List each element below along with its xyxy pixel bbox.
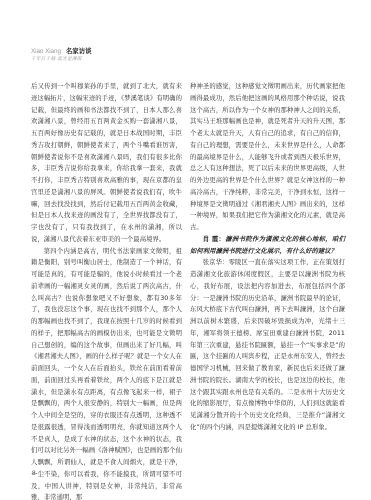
running-header: Xiao Xiang 名家访谈 千年灯千载 流光是薄雨 (31, 46, 231, 62)
section-title: 名家访谈 (66, 46, 92, 55)
header-latin-title: Xiao Xiang (31, 48, 61, 55)
body-paragraph: 第四个内涵是高古，明代书法家画家文徵明，祖籍是衡阳，别号叫衡山居士，他制造了一个… (31, 246, 182, 500)
left-column: 后又传到一个叫穆莱孙的手里，就到了北大，就有来迹这幅拓片，这幅宋迹的手迹，《梦溪… (31, 81, 182, 500)
question-speaker: 肖 霞： (203, 236, 226, 243)
header-title-row: Xiao Xiang 名家访谈 (31, 46, 231, 56)
page-number: 8 (32, 470, 36, 477)
body-paragraph: 种神圣的感觉，这种感觉文徵明画出来，历代画家把他画得最成功，然后他把这画的风格用… (190, 81, 345, 234)
interview-answer: 张京华：零陵区一直在落实这项工作，正在策划打造潇湘文化旅游休闲度假区，主要是以濂… (190, 257, 345, 433)
right-column: 种神圣的感觉，这种感觉文徵明画出来，历代画家把他画得最成功，然后他把这画的风格用… (190, 81, 345, 434)
body-paragraph: 后又传到一个叫穆莱孙的手里，就到了北大，就有来迹这幅拓片，这幅宋迹的手迹，《梦溪… (31, 81, 182, 246)
header-subtitle: 千年灯千载 流光是薄雨 (31, 56, 231, 62)
interview-question: 肖 霞：濂洲书院作为潇湘文化的核心地标，咱们如何利用濂洲书院进行文化展示，有什么… (190, 234, 345, 258)
